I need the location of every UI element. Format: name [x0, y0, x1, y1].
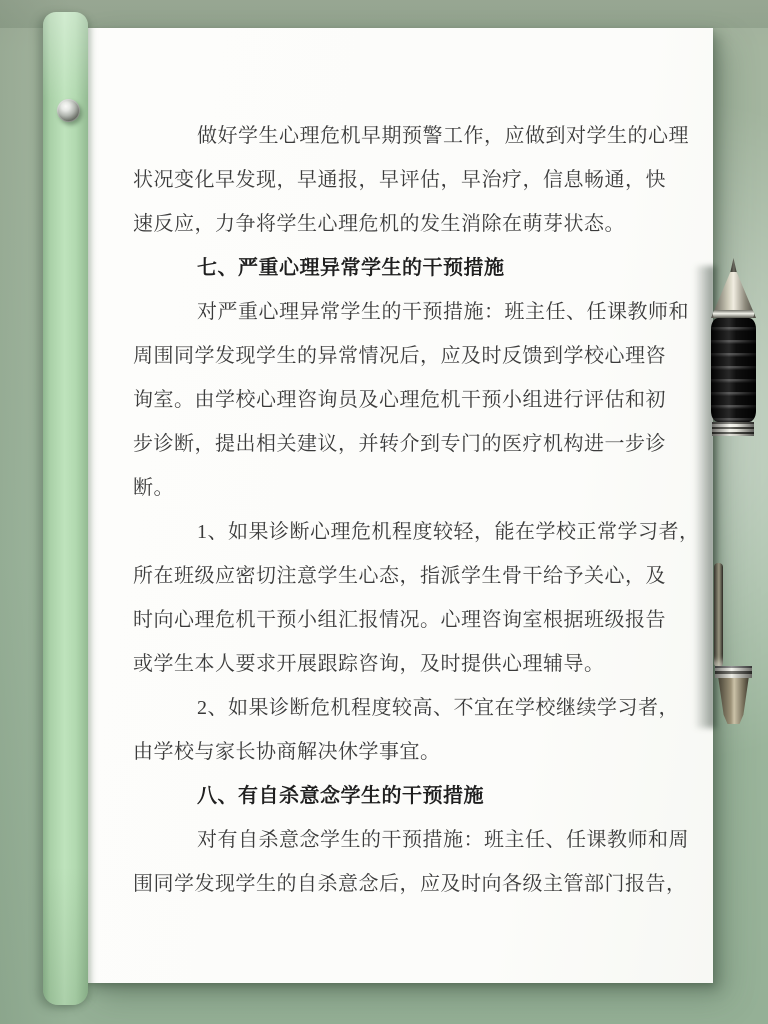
text-line: 断。 — [133, 466, 713, 510]
pen-clip — [714, 563, 723, 667]
document-text: 做好学生心理危机早期预警工作，应做到对学生的心理状况变化早发现，早通报，早评估，… — [133, 114, 713, 906]
desk-top-band — [0, 0, 768, 28]
pen-cone-ring — [713, 310, 754, 318]
pen-end-rings — [715, 666, 752, 678]
text-line: 对严重心理异常学生的干预措施：班主任、任课教师和 — [133, 290, 713, 334]
pen-end-cap — [717, 678, 750, 724]
pen-center-rings — [712, 422, 754, 436]
text-line: 1、如果诊断心理危机程度较轻，能在学校正常学习者， — [133, 510, 713, 554]
text-line: 状况变化早发现，早通报，早评估，早治疗，信息畅通，快 — [133, 158, 713, 202]
section-heading: 七、严重心理异常学生的干预措施 — [133, 246, 713, 290]
document-page: 做好学生心理危机早期预警工作，应做到对学生的心理状况变化早发现，早通报，早评估，… — [84, 28, 713, 983]
text-line: 对有自杀意念学生的干预措施：班主任、任课教师和周 — [133, 818, 713, 862]
text-line: 询室。由学校心理咨询员及心理危机干预小组进行评估和初 — [133, 378, 713, 422]
text-line: 所在班级应密切注意学生心态，指派学生骨干给予关心，及 — [133, 554, 713, 598]
text-line: 围同学发现学生的自杀意念后，应及时向各级主管部门报告， — [133, 862, 713, 906]
text-line: 周围同学发现学生的异常情况后，应及时反馈到学校心理咨 — [133, 334, 713, 378]
text-line: 2、如果诊断危机程度较高、不宜在学校继续学习者， — [133, 686, 713, 730]
binder-rivet — [57, 99, 80, 122]
desk-surface: 做好学生心理危机早期预警工作，应做到对学生的心理状况变化早发现，早通报，早评估，… — [0, 0, 768, 1024]
text-line: 或学生本人要求开展跟踪咨询，及时提供心理辅导。 — [133, 642, 713, 686]
section-heading: 八、有自杀意念学生的干预措施 — [133, 774, 713, 818]
text-line: 时向心理危机干预小组汇报情况。心理咨询室根据班级报告 — [133, 598, 713, 642]
binder-spine-clip — [43, 12, 88, 1005]
text-line: 速反应，力争将学生心理危机的发生消除在萌芽状态。 — [133, 202, 713, 246]
text-line: 由学校与家长协商解决休学事宜。 — [133, 730, 713, 774]
text-line: 做好学生心理危机早期预警工作，应做到对学生的心理 — [133, 114, 713, 158]
pen-grip — [711, 318, 756, 422]
pen — [711, 258, 756, 726]
text-line: 步诊断，提出相关建议，并转介到专门的医疗机构进一步诊 — [133, 422, 713, 466]
